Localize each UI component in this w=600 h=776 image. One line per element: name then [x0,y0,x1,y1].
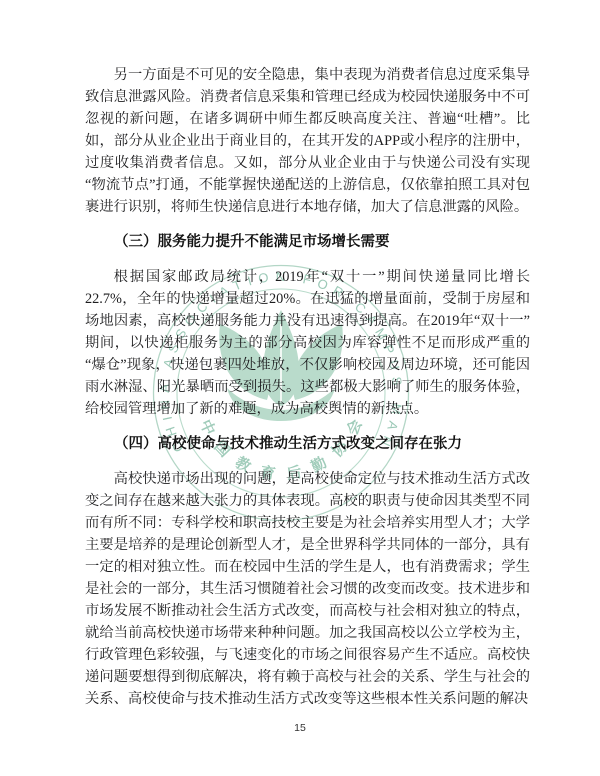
section-heading-four: （四）高校使命与技术推动生活方式改变之间存在张力 [85,433,530,455]
paragraph-mission-tension: 高校快递市场出现的问题，是高校使命定位与技术推动生活方式改变之间存在越来越大张力… [85,468,530,710]
section-heading-three: （三）服务能力提升不能满足市场增长需要 [85,231,530,253]
text-column: 另一方面是不可见的安全隐患，集中表现为消费者信息过度采集导致信息泄露风险。消费者… [85,64,530,710]
page-number: 15 [0,722,600,734]
paragraph-service-capacity: 根据国家邮政局统计，2019年“双十一”期间快递量同比增长22.7%，全年的快递… [85,266,530,420]
paragraph-security-risk: 另一方面是不可见的安全隐患，集中表现为消费者信息过度采集导致信息泄露风险。消费者… [85,64,530,218]
document-page: CHINA ASSOCIATION FOR CAMPUS MANAGEMENT … [0,0,600,776]
